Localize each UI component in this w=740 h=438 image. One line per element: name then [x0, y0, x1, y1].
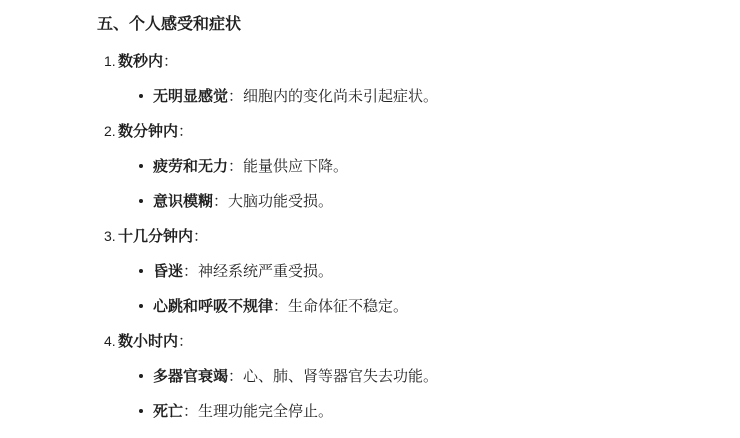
- item-term: 无明显感觉: [153, 85, 228, 106]
- bullet-icon: [139, 94, 143, 98]
- item-term: 多器官衰竭: [153, 365, 228, 386]
- separator-colon: ：: [178, 120, 193, 141]
- bullet-item: 昏迷：神经系统严重受损。: [0, 253, 740, 288]
- separator-colon: ：: [273, 295, 288, 316]
- document: 五、个人感受和症状 1.数秒内： 无明显感觉：细胞内的变化尚未引起症状。 2.数…: [0, 0, 740, 438]
- separator-colon: ：: [178, 330, 193, 351]
- bullet-item: 疲劳和无力：能量供应下降。: [0, 148, 740, 183]
- item-description: 细胞内的变化尚未引起症状。: [243, 85, 438, 106]
- bullet-item: 心跳和呼吸不规律：生命体征不稳定。: [0, 288, 740, 323]
- item-term: 意识模糊: [153, 190, 213, 211]
- separator-colon: ：: [213, 190, 228, 211]
- bullet-icon: [139, 304, 143, 308]
- separator-colon: ：: [228, 365, 243, 386]
- bullet-icon: [139, 269, 143, 273]
- section-heading-4: 4.数小时内：: [0, 323, 740, 358]
- separator-colon: ：: [193, 225, 208, 246]
- list-number: 2.: [104, 123, 118, 139]
- bullet-item: 死亡：生理功能完全停止。: [0, 393, 740, 428]
- section-heading-text: 十几分钟内: [118, 225, 193, 246]
- item-description: 能量供应下降。: [243, 155, 348, 176]
- separator-colon: ：: [228, 155, 243, 176]
- section-heading-2: 2.数分钟内：: [0, 113, 740, 148]
- bullet-item: 意识模糊：大脑功能受损。: [0, 183, 740, 218]
- section-heading-1: 1.数秒内：: [0, 43, 740, 78]
- list-number: 4.: [104, 333, 118, 349]
- separator-colon: ：: [163, 50, 178, 71]
- separator-colon: ：: [228, 85, 243, 106]
- bullet-item: 多器官衰竭：心、肺、肾等器官失去功能。: [0, 358, 740, 393]
- bullet-icon: [139, 409, 143, 413]
- separator-colon: ：: [183, 260, 198, 281]
- item-description: 大脑功能受损。: [228, 190, 333, 211]
- section-heading-text: 数分钟内: [118, 120, 178, 141]
- item-term: 死亡: [153, 400, 183, 421]
- item-description: 生理功能完全停止。: [198, 400, 333, 421]
- list-number: 1.: [104, 53, 118, 69]
- separator-colon: ：: [183, 400, 198, 421]
- bullet-icon: [139, 374, 143, 378]
- symptom-timeline-list: 1.数秒内： 无明显感觉：细胞内的变化尚未引起症状。 2.数分钟内： 疲劳和无力…: [0, 43, 740, 428]
- section-heading-text: 数秒内: [118, 50, 163, 71]
- item-term: 疲劳和无力: [153, 155, 228, 176]
- item-description: 神经系统严重受损。: [198, 260, 333, 281]
- bullet-icon: [139, 164, 143, 168]
- item-term: 昏迷: [153, 260, 183, 281]
- bullet-item: 无明显感觉：细胞内的变化尚未引起症状。: [0, 78, 740, 113]
- item-description: 生命体征不稳定。: [288, 295, 408, 316]
- list-number: 3.: [104, 228, 118, 244]
- item-term: 心跳和呼吸不规律: [153, 295, 273, 316]
- page-title: 五、个人感受和症状: [0, 0, 740, 35]
- section-heading-3: 3.十几分钟内：: [0, 218, 740, 253]
- item-description: 心、肺、肾等器官失去功能。: [243, 365, 438, 386]
- section-heading-text: 数小时内: [118, 330, 178, 351]
- bullet-icon: [139, 199, 143, 203]
